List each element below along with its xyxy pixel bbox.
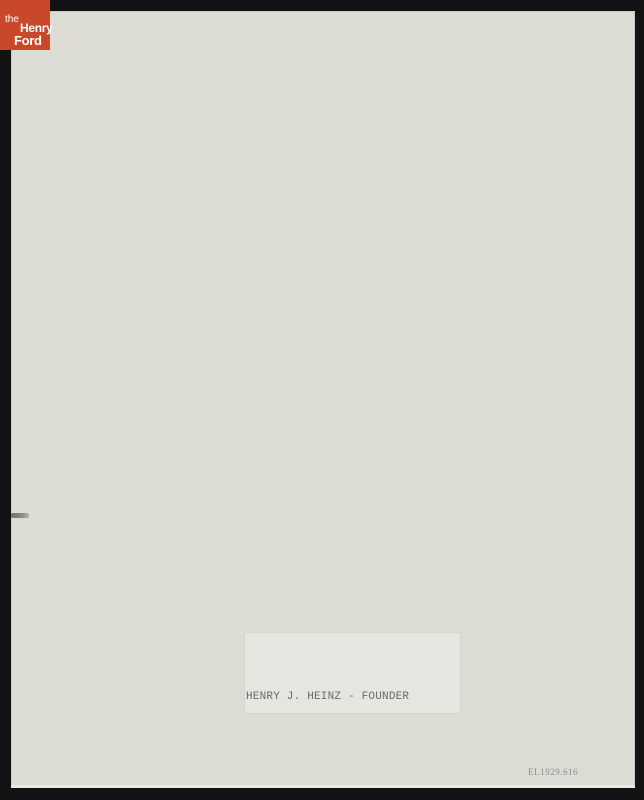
logo-the: the bbox=[5, 15, 19, 25]
the-henry-ford-logo: the Henry Ford bbox=[0, 0, 50, 50]
logo-ford: Ford bbox=[14, 34, 42, 47]
caption-label-text: HENRY J. HEINZ - FOUNDER bbox=[246, 691, 409, 703]
paper-clip-mark bbox=[11, 513, 29, 518]
accession-number: EI.1929.616 bbox=[528, 767, 578, 777]
